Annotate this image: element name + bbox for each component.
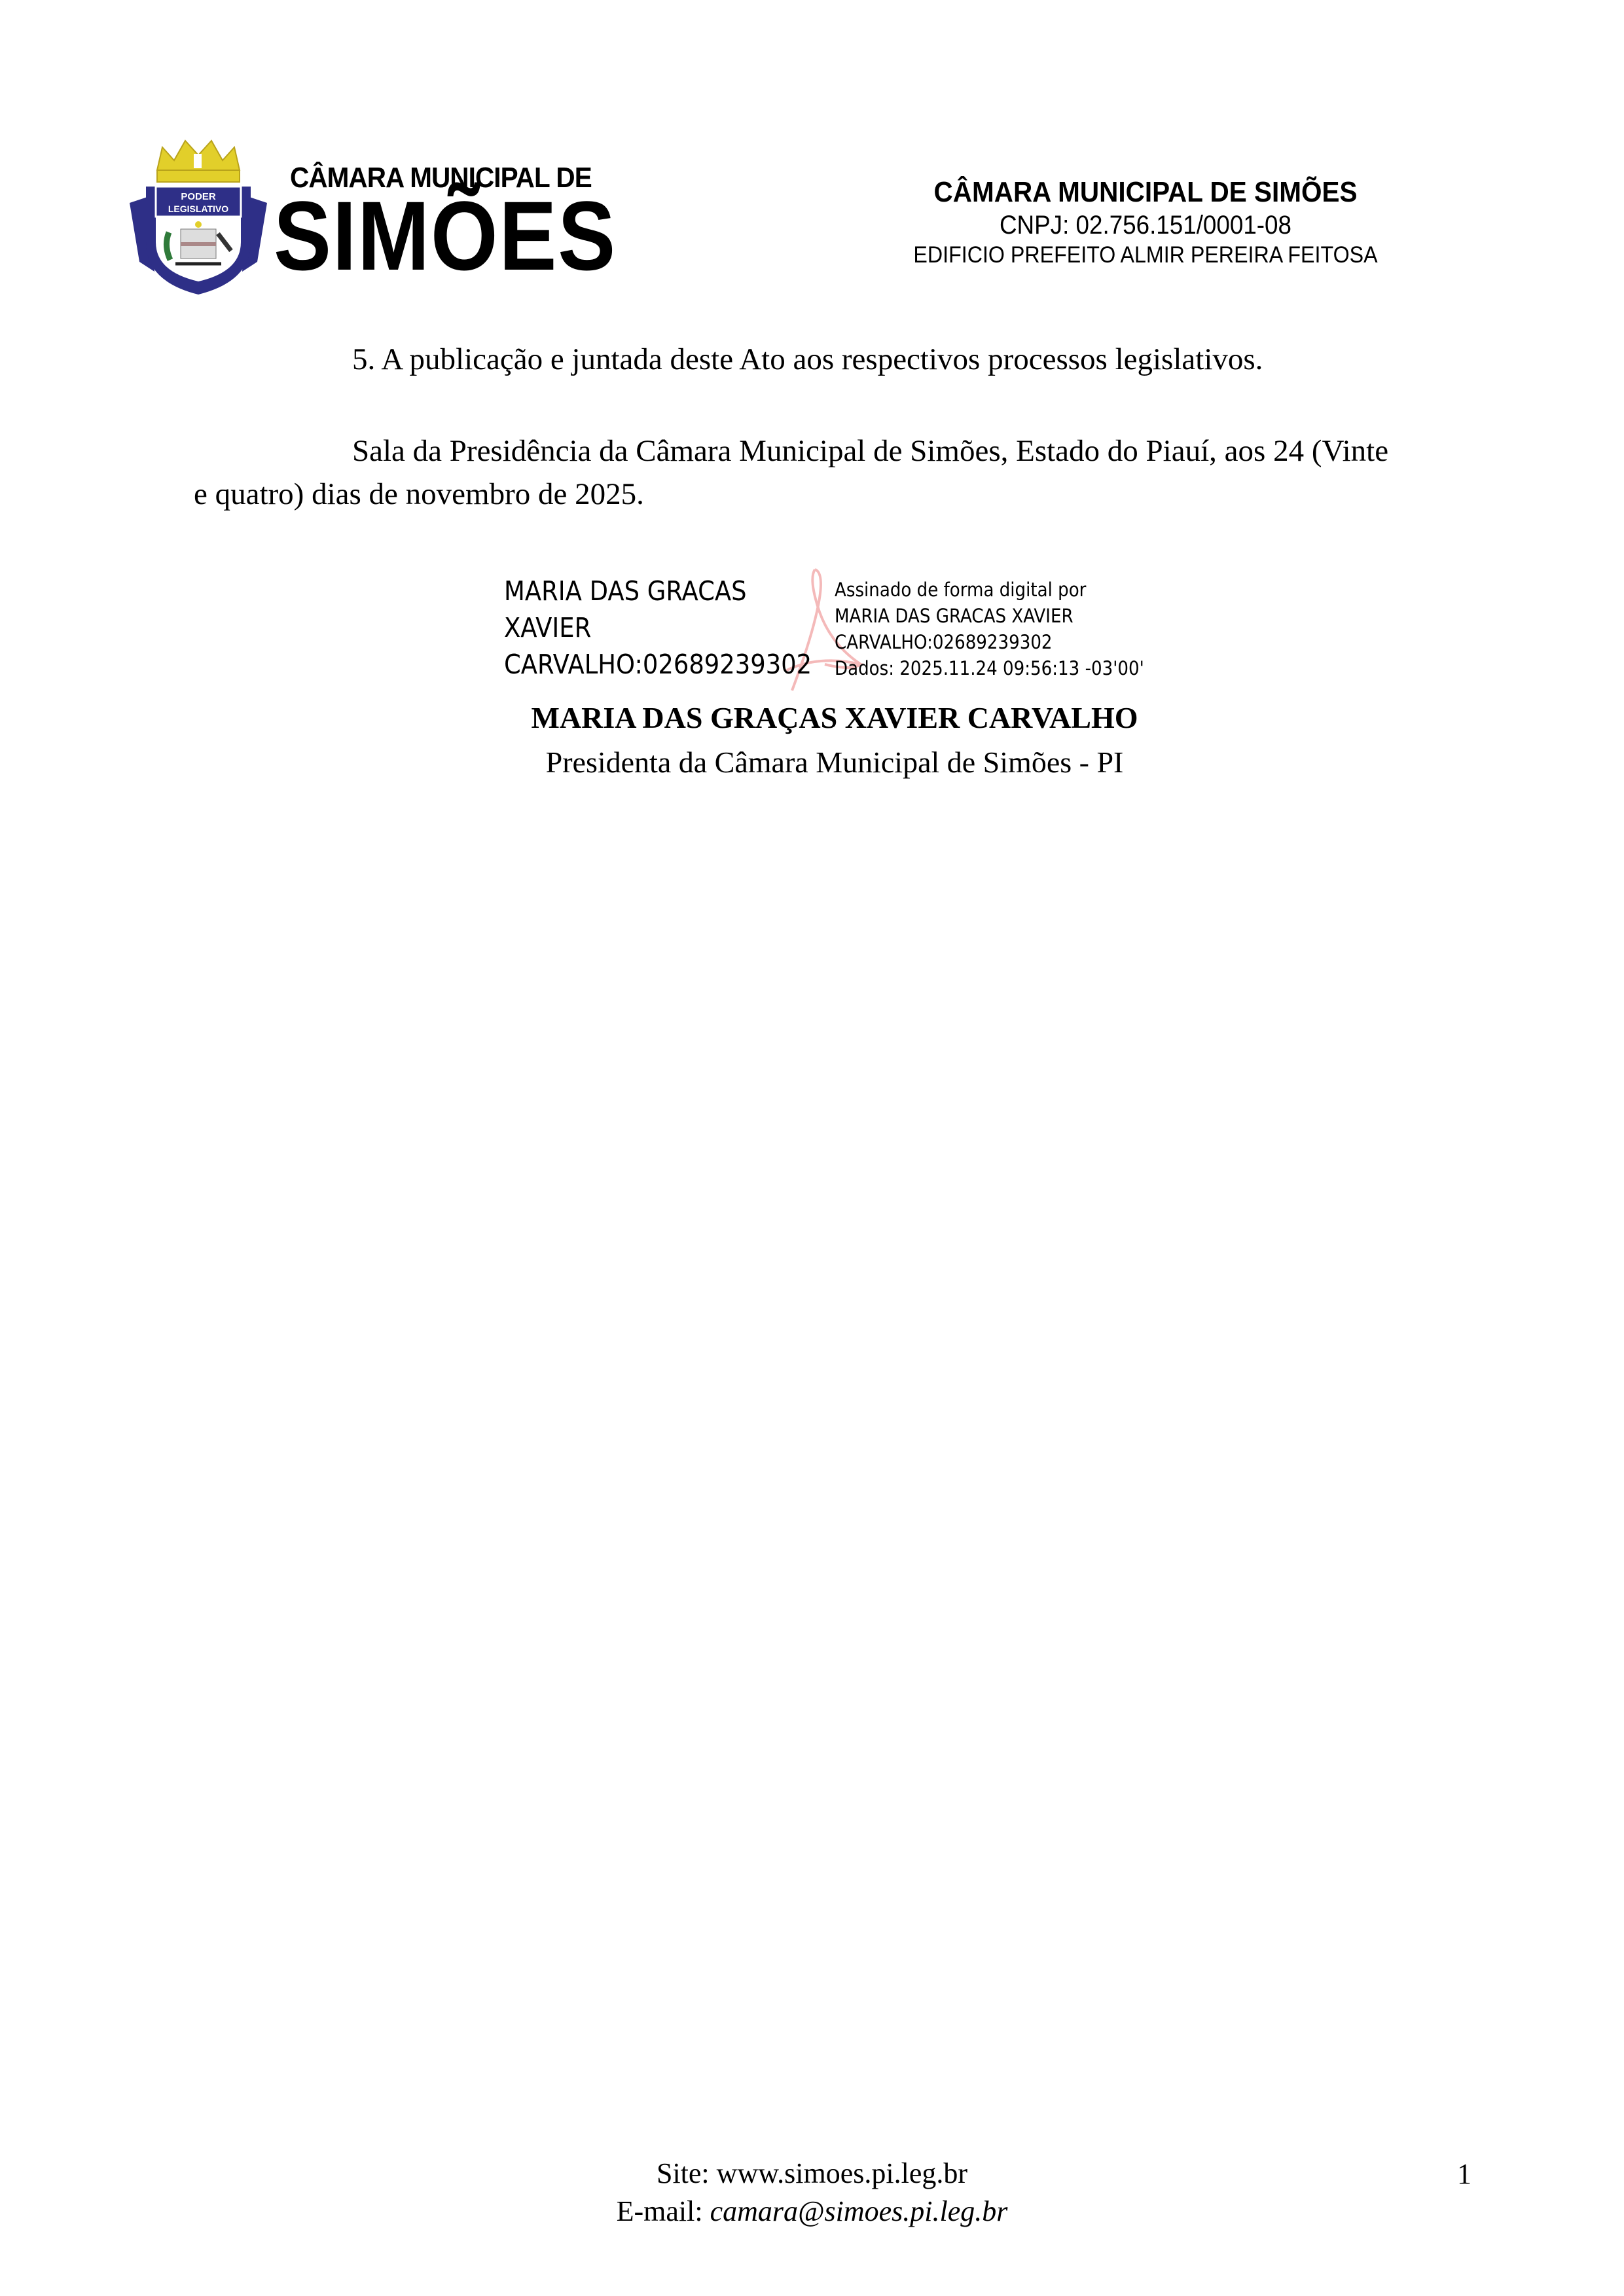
digital-signature[interactable]: MARIA DAS GRACAS XAVIER CARVALHO:0268923… — [504, 566, 1191, 694]
site-link[interactable]: www.simoes.pi.leg.br — [717, 2157, 967, 2189]
signature-name: MARIA DAS GRACAS XAVIER CARVALHO:0268923… — [504, 573, 812, 683]
closing-line-2: e quatro) dias de novembro de 2025. — [194, 476, 644, 512]
signer-name: MARIA DAS GRAÇAS XAVIER CARVALHO — [0, 700, 1624, 735]
signature-detail-line: CARVALHO:02689239302 — [835, 629, 1144, 655]
signature-timestamp: Dados: 2025.11.24 09:56:13 -03'00' — [835, 655, 1144, 681]
building-name: EDIFICIO PREFEITO ALMIR PEREIRA FEITOSA — [863, 241, 1429, 270]
item-5: 5. A publicação e juntada deste Ato aos … — [352, 342, 1263, 377]
svg-text:PODER: PODER — [181, 191, 216, 202]
chamber-logo: PODER LEGISLATIVO CÂMARA MUNICIPAL DE SI… — [123, 134, 621, 298]
cnpj: CNPJ: 02.756.151/0001-08 — [863, 209, 1429, 241]
signature-detail-line: MARIA DAS GRACAS XAVIER — [835, 603, 1144, 629]
email-label: E-mail: — [617, 2195, 710, 2227]
signature-name-line: MARIA DAS GRACAS — [504, 573, 812, 609]
signature-name-line: CARVALHO:02689239302 — [504, 646, 812, 683]
signer-role: Presidenta da Câmara Municipal de Simões… — [0, 745, 1624, 780]
email-link[interactable]: camara@simoes.pi.leg.br — [710, 2195, 1008, 2227]
signature-details: Assinado de forma digital por MARIA DAS … — [835, 577, 1144, 681]
signature-name-line: XAVIER — [504, 609, 812, 646]
logo-title-big: SIMÕES — [274, 187, 617, 285]
site-label: Site: — [657, 2157, 717, 2189]
closing-line-1: Sala da Presidência da Câmara Municipal … — [352, 433, 1388, 469]
org-name: CÂMARA MUNICIPAL DE SIMÕES — [863, 175, 1429, 209]
coat-of-arms-icon: PODER LEGISLATIVO — [123, 134, 274, 298]
footer: Site: www.simoes.pi.leg.br E-mail: camar… — [0, 2155, 1624, 2231]
page-number: 1 — [1457, 2157, 1471, 2191]
signature-detail-line: Assinado de forma digital por — [835, 577, 1144, 603]
letterhead: CÂMARA MUNICIPAL DE SIMÕES CNPJ: 02.756.… — [838, 175, 1453, 270]
svg-text:LEGISLATIVO: LEGISLATIVO — [168, 204, 228, 214]
